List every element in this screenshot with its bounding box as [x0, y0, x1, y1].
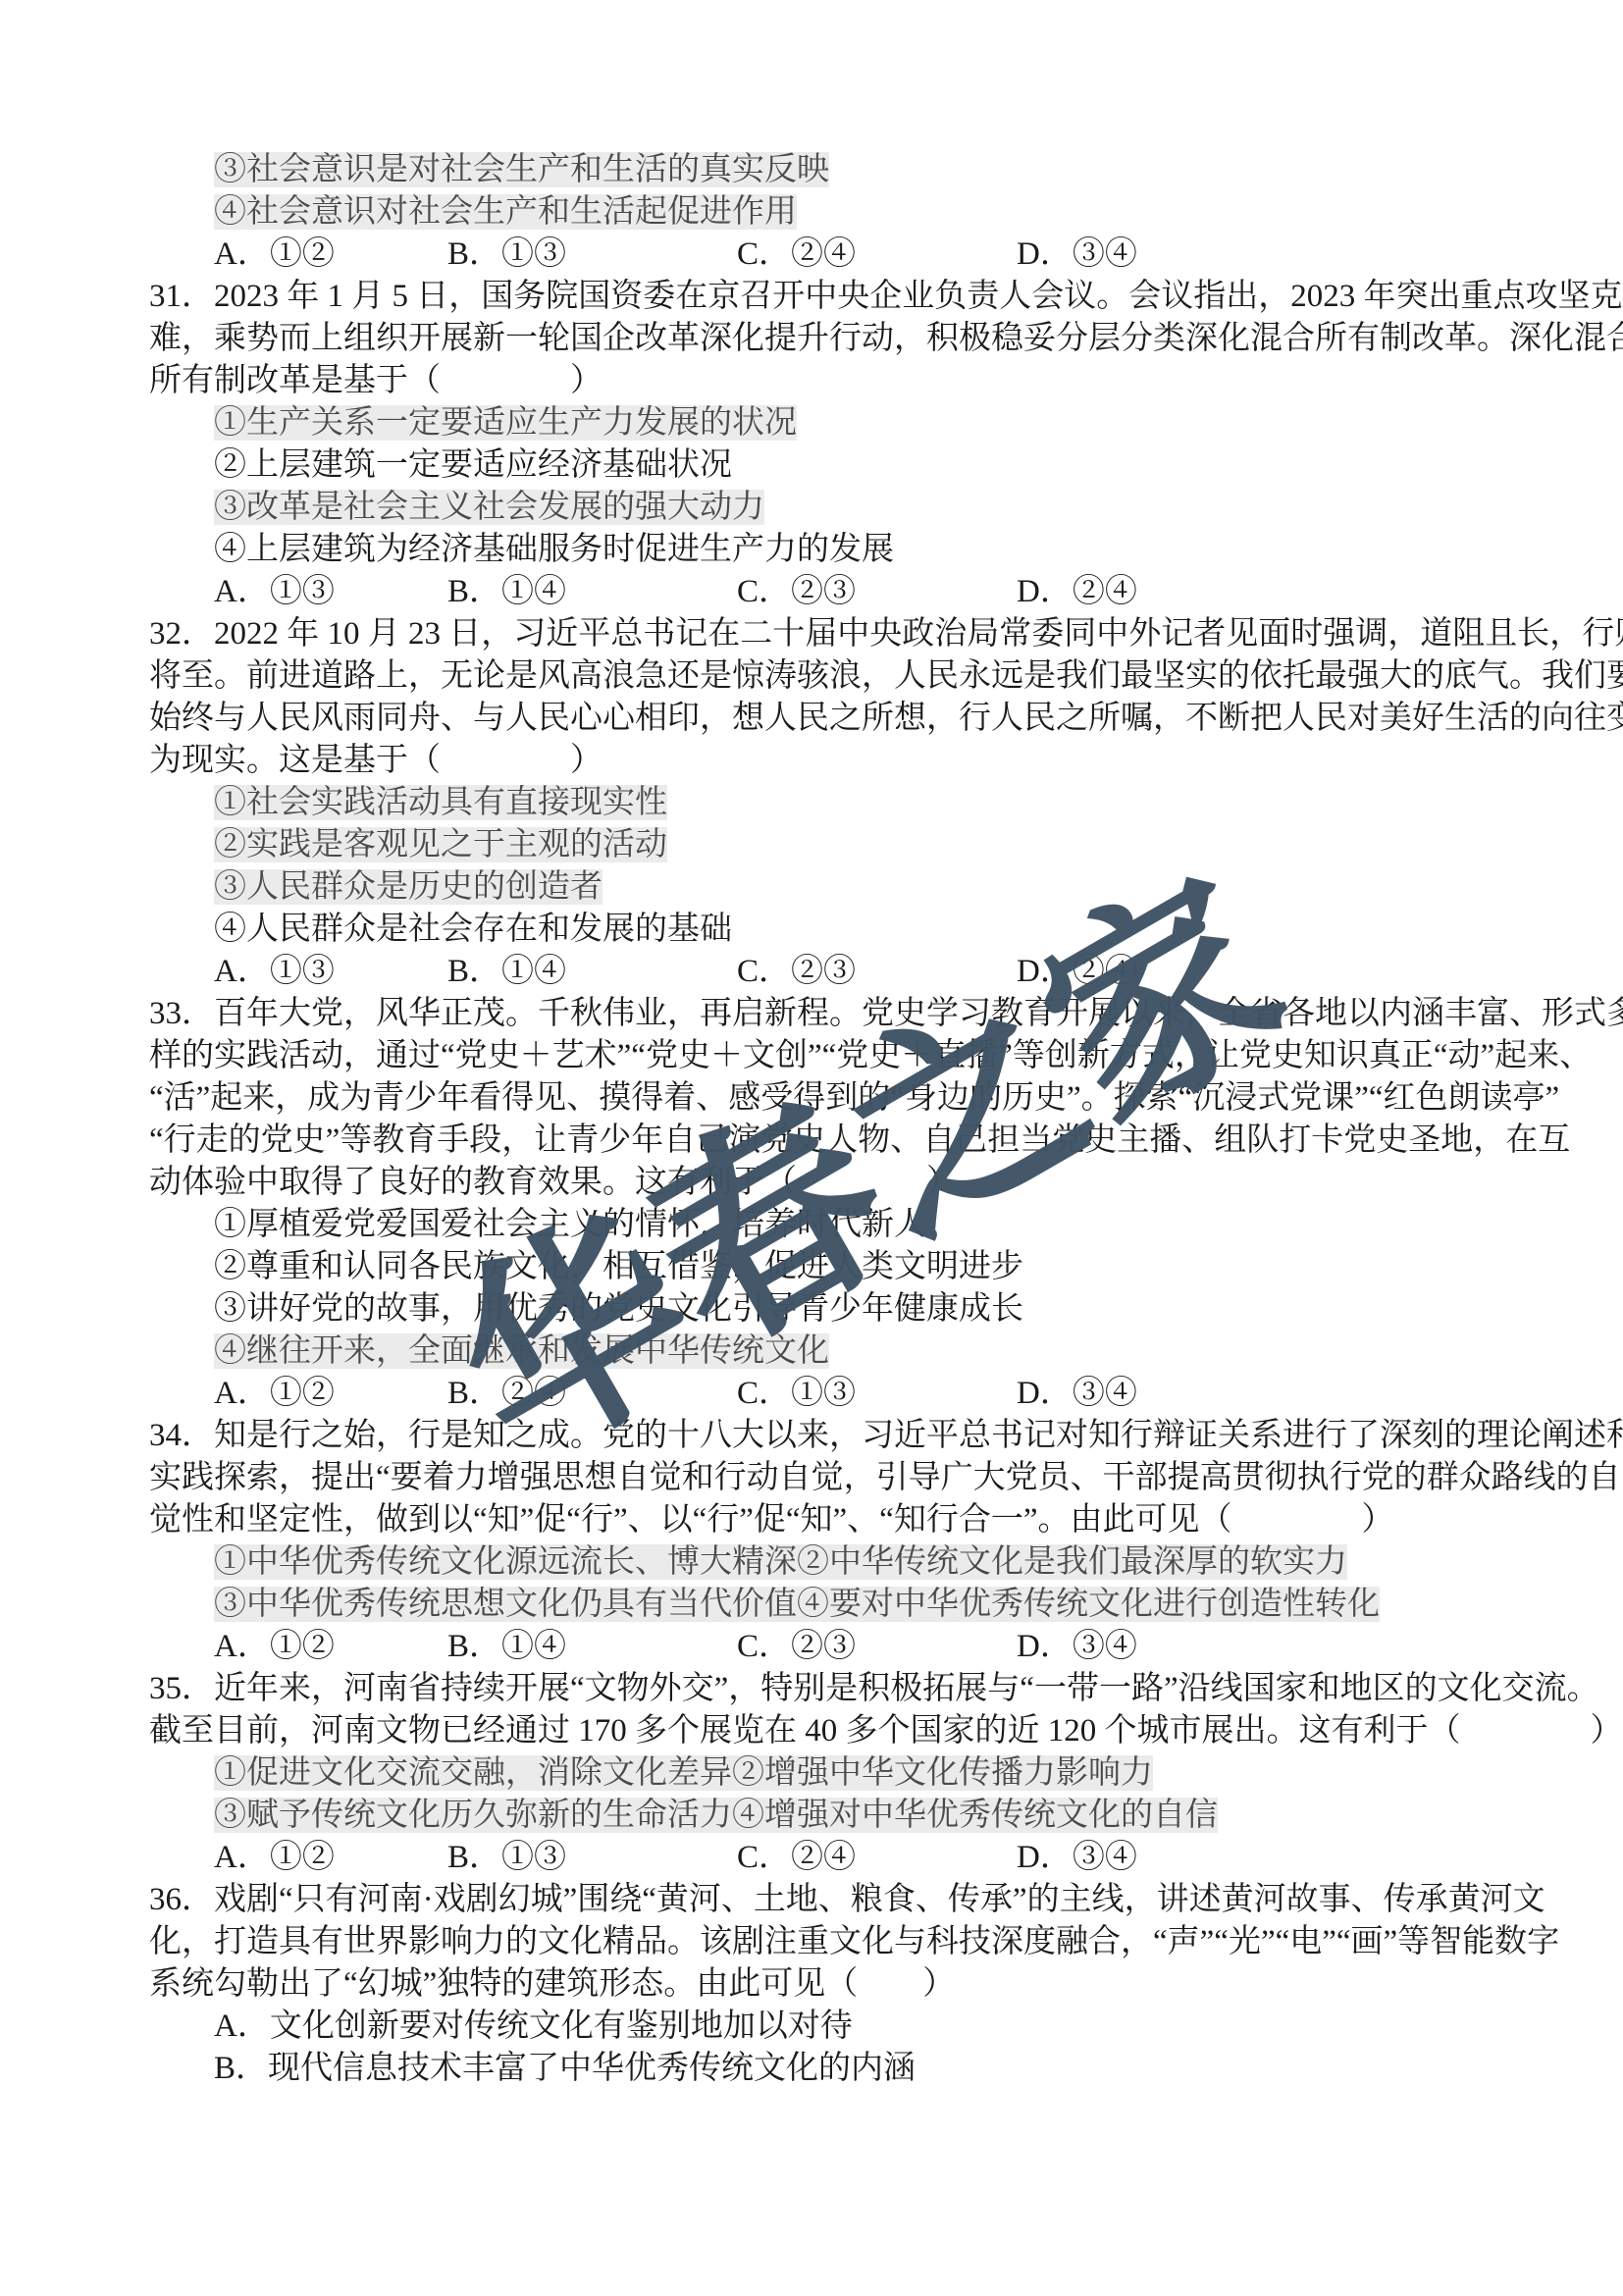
option-c: C．②③ [737, 571, 856, 613]
option-d: D．③④ [1017, 1837, 1137, 1879]
question-stem-text: 系统勾勒出了“幻城”独特的建筑形态。由此可见（ ） [149, 1966, 955, 2002]
answer-item-line: ③改革是社会主义社会发展的强大动力 [149, 487, 1493, 529]
answer-item-text: ①社会实践活动具有直接现实性 [214, 785, 667, 820]
answer-item-text: ①促进文化交流交融，消除文化差异②增强中华文化传播力影响力 [214, 1755, 1153, 1791]
question-stem-text: 为现实。这是基于（ ） [149, 743, 602, 778]
question-stem-line: 觉性和坚定性，做到以“知”促“行”、以“行”促“知”、“知行合一”。由此可见（ … [149, 1499, 1493, 1541]
question-stem-line: 始终与人民风雨同舟、与人民心心相印，想人民之所想，行人民之所嘱，不断把人民对美好… [149, 698, 1493, 740]
question-stem-text: 始终与人民风雨同舟、与人民心心相印，想人民之所想，行人民之所嘱，不断把人民对美好… [149, 701, 1623, 736]
question-stem-text: 样的实践活动，通过“党史＋艺术”“党史＋文创”“党史＋直播”等创新方式，让党史知… [149, 1038, 1592, 1073]
answer-item-text: ②上层建筑一定要适应经济基础状况 [214, 447, 732, 483]
answer-item-text: ①厚植爱党爱国爱社会主义的情怀，培养时代新人 [214, 1207, 926, 1242]
answer-item-text: ②实践是客观见之于主观的活动 [214, 827, 667, 862]
answer-item-line: ②尊重和认同各民族文化，相互借鉴，促进人类文明进步 [149, 1246, 1493, 1288]
answer-item-line: ③社会意识是对社会生产和生活的真实反映 [149, 149, 1493, 191]
question-stem-line: 所有制改革是基于（ ） [149, 360, 1493, 402]
option-b: B．①④ [447, 571, 566, 613]
option-d: D．②④ [1017, 571, 1137, 613]
question-stem-text: 32．2022 年 10 月 23 日，习近平总书记在二十届中央政治局常委同中外… [149, 616, 1623, 652]
option-b: B．①④ [447, 951, 566, 993]
question-stem-text: 35．近年来，河南省持续开展“文物外交”，特别是积极拓展与“一带一路”沿线国家和… [149, 1671, 1599, 1706]
option-c: C．②④ [737, 234, 856, 276]
question-stem-text: “活”起来，成为青少年看得见、摸得着、感受得到的“身边的历史”。探索“沉浸式党课… [149, 1080, 1559, 1116]
question-stem-line: 截至目前，河南文物已经通过 170 多个展览在 40 多个国家的近 120 个城… [149, 1710, 1493, 1752]
question-stem-line: 难，乘势而上组织开展新一轮国企改革深化提升行动，积极稳妥分层分类深化混合所有制改… [149, 318, 1493, 360]
question-stem-line: 系统勾勒出了“幻城”独特的建筑形态。由此可见（ ） [149, 1963, 1493, 2006]
options-row: A．①③ B．①④ C．②③ D．②④ [149, 571, 1493, 613]
question-stem-text: “行走的党史”等教育手段，让青少年自己演党史人物、自己担当党史主播、组队打卡党史… [149, 1122, 1570, 1158]
option-d: D．③④ [1017, 1373, 1137, 1415]
question-stem-line: 33．百年大党，风华正茂。千秋伟业，再启新程。党史学习教育开展以来，全省各地以内… [149, 993, 1493, 1035]
option-a: A．①② [214, 1626, 335, 1668]
question-stem-text: 34．知是行之始，行是知之成。党的十八大以来，习近平总书记对知行辩证关系进行了深… [149, 1418, 1623, 1453]
answer-item-line: ④社会意识对社会生产和生活起促进作用 [149, 191, 1493, 234]
answer-item-line: B．现代信息技术丰富了中华优秀传统文化的内涵 [149, 2048, 1493, 2090]
question-stem-text: 动体验中取得了良好的教育效果。这有利于（ ） [149, 1165, 959, 1200]
answer-item-line: ③中华优秀传统思想文化仍具有当代价值④要对中华优秀传统文化进行创造性转化 [149, 1584, 1493, 1626]
answer-item-text: B．现代信息技术丰富了中华优秀传统文化的内涵 [214, 2051, 916, 2086]
answer-item-text: ③中华优秀传统思想文化仍具有当代价值④要对中华优秀传统文化进行创造性转化 [214, 1587, 1380, 1622]
exam-page: ③社会意识是对社会生产和生活的真实反映 ④社会意识对社会生产和生活起促进作用 A… [0, 0, 1623, 2296]
option-b: B．①③ [447, 234, 566, 276]
answer-item-line: ②上层建筑一定要适应经济基础状况 [149, 444, 1493, 487]
option-a: A．①② [214, 1373, 335, 1415]
question-stem-text: 化，打造具有世界影响力的文化精品。该剧注重文化与科技深度融合，“声”“光”“电”… [149, 1924, 1559, 1959]
option-d: D．③④ [1017, 234, 1137, 276]
answer-item-text: ④社会意识对社会生产和生活起促进作用 [214, 194, 797, 230]
question-stem-text: 31．2023 年 1 月 5 日，国务院国资委在京召开中央企业负责人会议。会议… [149, 279, 1623, 314]
answer-item-line: ①生产关系一定要适应生产力发展的状况 [149, 402, 1493, 444]
option-a: A．①② [214, 1837, 335, 1879]
option-b: B．①④ [447, 1626, 566, 1668]
question-stem-line: “活”起来，成为青少年看得见、摸得着、感受得到的“身边的历史”。探索“沉浸式党课… [149, 1077, 1493, 1120]
option-b: B．②④ [447, 1373, 566, 1415]
option-c: C．①③ [737, 1373, 856, 1415]
question-stem-line: 32．2022 年 10 月 23 日，习近平总书记在二十届中央政治局常委同中外… [149, 613, 1493, 655]
option-a: A．①② [214, 234, 335, 276]
answer-item-line: ④继往开来，全面继承和发展中华传统文化 [149, 1331, 1493, 1373]
answer-item-text: ①中华优秀传统文化源远流长、博大精深②中华传统文化是我们最深厚的软实力 [214, 1544, 1347, 1580]
answer-item-text: ④上层建筑为经济基础服务时促进生产力的发展 [214, 532, 894, 567]
question-stem-text: 截至目前，河南文物已经通过 170 多个展览在 40 多个国家的近 120 个城… [149, 1713, 1623, 1748]
question-stem-line: 实践探索，提出“要着力增强思想自觉和行动自觉，引导广大党员、干部提高贯彻执行党的… [149, 1457, 1493, 1499]
option-a: A．①③ [214, 951, 335, 993]
answer-item-text: ③改革是社会主义社会发展的强大动力 [214, 490, 764, 525]
answer-item-text: ③人民群众是历史的创造者 [214, 869, 602, 905]
option-c: C．②③ [737, 951, 856, 993]
options-row: A．①② B．①③ C．②④ D．③④ [149, 234, 1493, 276]
option-a: A．①③ [214, 571, 335, 613]
options-row: A．①③ B．①④ C．②③ D．②④ [149, 951, 1493, 993]
option-d: D．②④ [1017, 951, 1137, 993]
answer-item-text: ③讲好党的故事，用优秀的党史文化引导青少年健康成长 [214, 1291, 1023, 1327]
question-stem-text: 难，乘势而上组织开展新一轮国企改革深化提升行动，积极稳妥分层分类深化混合所有制改… [149, 321, 1623, 356]
option-c: C．②③ [737, 1626, 856, 1668]
answer-item-line: ④人民群众是社会存在和发展的基础 [149, 909, 1493, 951]
answer-item-line: ③讲好党的故事，用优秀的党史文化引导青少年健康成长 [149, 1288, 1493, 1331]
answer-item-line: ③人民群众是历史的创造者 [149, 866, 1493, 909]
answer-item-text: ③赋予传统文化历久弥新的生命活力④增强对中华优秀传统文化的自信 [214, 1798, 1218, 1833]
answer-item-text: ③社会意识是对社会生产和生活的真实反映 [214, 152, 829, 187]
exam-content: ③社会意识是对社会生产和生活的真实反映 ④社会意识对社会生产和生活起促进作用 A… [149, 149, 1493, 2090]
question-stem-text: 觉性和坚定性，做到以“知”促“行”、以“行”促“知”、“知行合一”。由此可见（ … [149, 1502, 1393, 1538]
options-row: A．①② B．②④ C．①③ D．③④ [149, 1373, 1493, 1415]
question-stem-line: 31．2023 年 1 月 5 日，国务院国资委在京召开中央企业负责人会议。会议… [149, 276, 1493, 318]
option-d: D．③④ [1017, 1626, 1137, 1668]
answer-item-line: ①促进文化交流交融，消除文化差异②增强中华文化传播力影响力 [149, 1752, 1493, 1795]
answer-item-line: ②实践是客观见之于主观的活动 [149, 824, 1493, 866]
question-stem-text: 所有制改革是基于（ ） [149, 363, 602, 398]
answer-item-line: ③赋予传统文化历久弥新的生命活力④增强对中华优秀传统文化的自信 [149, 1795, 1493, 1837]
question-stem-line: 为现实。这是基于（ ） [149, 740, 1493, 782]
question-stem-line: 动体验中取得了良好的教育效果。这有利于（ ） [149, 1162, 1493, 1204]
answer-item-text: ①生产关系一定要适应生产力发展的状况 [214, 405, 797, 441]
question-stem-line: 34．知是行之始，行是知之成。党的十八大以来，习近平总书记对知行辩证关系进行了深… [149, 1415, 1493, 1457]
question-stem-text: 实践探索，提出“要着力增强思想自觉和行动自觉，引导广大党员、干部提高贯彻执行党的… [149, 1460, 1621, 1495]
question-stem-line: 35．近年来，河南省持续开展“文物外交”，特别是积极拓展与“一带一路”沿线国家和… [149, 1668, 1493, 1710]
answer-item-line: ①社会实践活动具有直接现实性 [149, 782, 1493, 824]
option-b: B．①③ [447, 1837, 566, 1879]
answer-item-text: A．文化创新要对传统文化有鉴别地加以对待 [214, 2009, 853, 2044]
answer-item-line: A．文化创新要对传统文化有鉴别地加以对待 [149, 2006, 1493, 2048]
answer-item-line: ①厚植爱党爱国爱社会主义的情怀，培养时代新人 [149, 1204, 1493, 1246]
answer-item-text: ④人民群众是社会存在和发展的基础 [214, 912, 732, 947]
question-stem-line: 36．戏剧“只有河南·戏剧幻城”围绕“黄河、土地、粮食、传承”的主线，讲述黄河故… [149, 1879, 1493, 1921]
options-row: A．①② B．①④ C．②③ D．③④ [149, 1626, 1493, 1668]
answer-item-text: ④继往开来，全面继承和发展中华传统文化 [214, 1333, 829, 1369]
question-stem-line: 化，打造具有世界影响力的文化精品。该剧注重文化与科技深度融合，“声”“光”“电”… [149, 1921, 1493, 1963]
question-stem-text: 将至。前进道路上，无论是风高浪急还是惊涛骇浪，人民永远是我们最坚实的依托最强大的… [149, 658, 1623, 694]
option-c: C．②④ [737, 1837, 856, 1879]
answer-item-line: ①中华优秀传统文化源远流长、博大精深②中华传统文化是我们最深厚的软实力 [149, 1541, 1493, 1584]
answer-item-line: ④上层建筑为经济基础服务时促进生产力的发展 [149, 529, 1493, 571]
question-stem-text: 33．百年大党，风华正茂。千秋伟业，再启新程。党史学习教育开展以来，全省各地以内… [149, 996, 1623, 1031]
options-row: A．①② B．①③ C．②④ D．③④ [149, 1837, 1493, 1879]
question-stem-line: 样的实践活动，通过“党史＋艺术”“党史＋文创”“党史＋直播”等创新方式，让党史知… [149, 1035, 1493, 1077]
question-stem-line: “行走的党史”等教育手段，让青少年自己演党史人物、自己担当党史主播、组队打卡党史… [149, 1120, 1493, 1162]
answer-item-text: ②尊重和认同各民族文化，相互借鉴，促进人类文明进步 [214, 1249, 1023, 1284]
question-stem-line: 将至。前进道路上，无论是风高浪急还是惊涛骇浪，人民永远是我们最坚实的依托最强大的… [149, 655, 1493, 698]
question-stem-text: 36．戏剧“只有河南·戏剧幻城”围绕“黄河、土地、粮食、传承”的主线，讲述黄河故… [149, 1882, 1545, 1917]
